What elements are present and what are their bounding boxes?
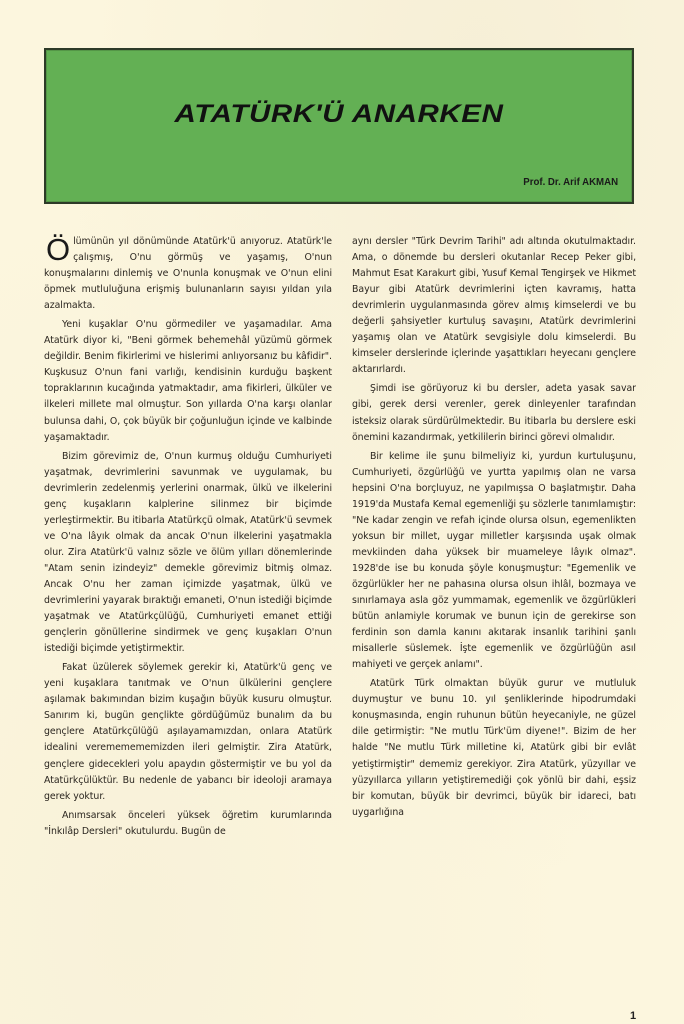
article-paragraph: aynı dersler "Türk Devrim Tarihi" adı al… xyxy=(352,234,636,378)
article-paragraph: Anımsarsak önceleri yüksek öğretim kurum… xyxy=(44,808,332,840)
article-column-right: aynı dersler "Türk Devrim Tarihi" adı al… xyxy=(352,234,636,824)
article-paragraph: Şimdi ise görüyoruz ki bu dersler, adeta… xyxy=(352,381,636,445)
article-title: ATATÜRK'Ü ANARKEN xyxy=(0,100,684,129)
drop-cap: Ö xyxy=(46,236,70,264)
article-paragraph: Fakat üzülerek söylemek gerekir ki, Atat… xyxy=(44,660,332,804)
article-header-box: ATATÜRK'Ü ANARKEN Prof. Dr. Arif AKMAN xyxy=(44,48,634,204)
article-paragraph: Bir kelime ile şunu bilmeliyiz ki, yurdu… xyxy=(352,449,636,674)
article-paragraph: Bizim görevimiz de, O'nun kurmuş olduğu … xyxy=(44,449,332,658)
page-number: 1 xyxy=(630,1010,636,1022)
article-author: Prof. Dr. Arif AKMAN xyxy=(523,176,618,188)
article-paragraph: Atatürk Türk olmaktan büyük gurur ve mut… xyxy=(352,676,636,820)
article-column-left: Ölümünün yıl dönümünde Atatürk'ü anıyoru… xyxy=(44,234,332,843)
article-paragraph: Ölümünün yıl dönümünde Atatürk'ü anıyoru… xyxy=(44,234,332,314)
article-paragraph: Yeni kuşaklar O'nu görmediler ve yaşamad… xyxy=(44,317,332,445)
